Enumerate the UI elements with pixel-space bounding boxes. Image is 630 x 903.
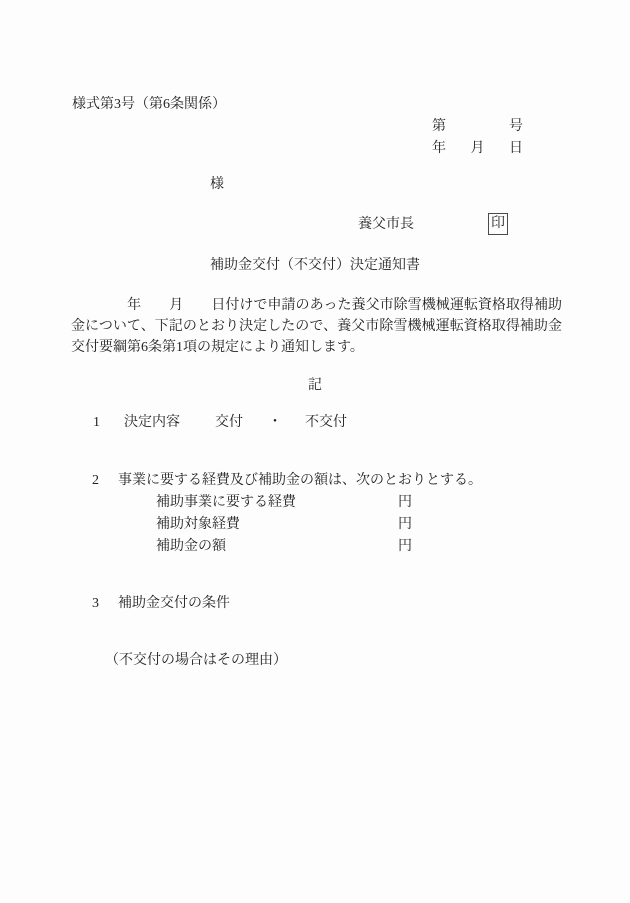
item-2-number: 2 xyxy=(92,472,99,489)
body-paragraph: 年 月 日付けで申請のあった養父市除雪機械運転資格取得補助金について、下記のとお… xyxy=(71,295,562,358)
doc-number-line: 第 号 xyxy=(432,118,523,135)
item-1-decision: 1 決定内容 交付 ・ 不交付 xyxy=(0,414,630,432)
date-year-label: 年 xyxy=(432,140,446,157)
date-day-label: 日 xyxy=(509,140,523,157)
ki-marker: 記 xyxy=(72,377,558,394)
document-page: 様式第3号（第6条関係） 第 号 年 月 日 様 養父市長 印 補助金交付（不交… xyxy=(0,0,630,903)
sender-line: 養父市長 印 xyxy=(0,216,630,234)
seal-placeholder: 印 xyxy=(488,213,508,235)
currency-unit-yen: 円 xyxy=(398,516,412,533)
addressee-honorific: 様 xyxy=(210,176,224,193)
sender-title: 養父市長 xyxy=(358,216,414,233)
date-line: 年 月 日 xyxy=(432,140,523,157)
expense-label: 補助事業に要する経費 xyxy=(156,494,296,511)
option-grant: 交付 xyxy=(215,414,243,431)
expense-label: 補助対象経費 xyxy=(156,516,240,533)
document-title: 補助金交付（不交付）決定通知書 xyxy=(72,257,558,274)
item-3-conditions: 3 補助金交付の条件 xyxy=(0,595,630,613)
doc-number-prefix: 第 xyxy=(432,118,446,135)
currency-unit-yen: 円 xyxy=(398,538,412,555)
item-2-expenses-heading: 2 事業に要する経費及び補助金の額は、次のとおりとする。 xyxy=(0,472,630,490)
item-3-label: 補助金交付の条件 xyxy=(118,595,230,612)
option-separator-dot: ・ xyxy=(268,414,282,431)
item-3-number: 3 xyxy=(92,595,99,612)
expense-row-project-cost: 補助事業に要する経費 円 xyxy=(0,494,630,512)
non-grant-reason-note: （不交付の場合はその理由） xyxy=(105,652,287,669)
expense-row-eligible-cost: 補助対象経費 円 xyxy=(0,516,630,534)
form-number: 様式第3号（第6条関係） xyxy=(72,96,226,113)
item-2-label: 事業に要する経費及び補助金の額は、次のとおりとする。 xyxy=(118,472,482,489)
option-no-grant: 不交付 xyxy=(305,414,347,431)
date-month-label: 月 xyxy=(471,140,485,157)
currency-unit-yen: 円 xyxy=(398,494,412,511)
doc-number-suffix: 号 xyxy=(509,118,523,135)
item-1-label: 決定内容 xyxy=(124,414,180,431)
expense-row-subsidy-amount: 補助金の額 円 xyxy=(0,538,630,556)
expense-label: 補助金の額 xyxy=(156,538,226,555)
item-1-number: 1 xyxy=(93,414,100,431)
